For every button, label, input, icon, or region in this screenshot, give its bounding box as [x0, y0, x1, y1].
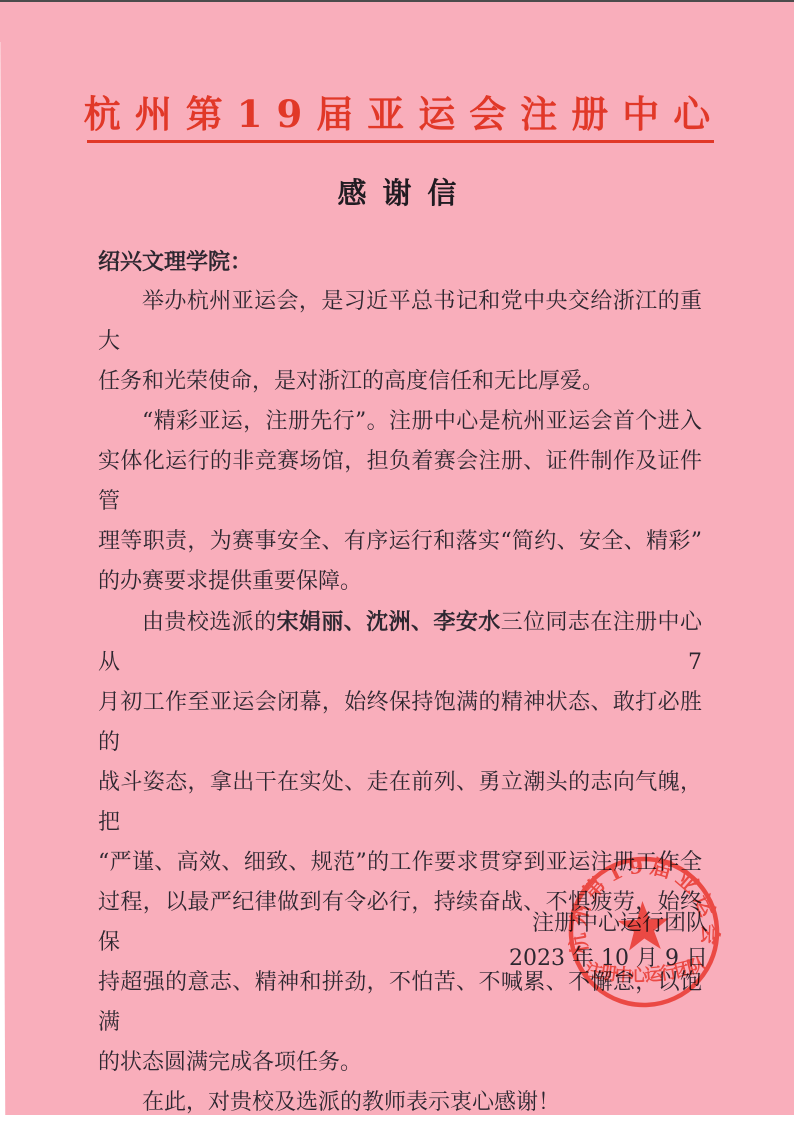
body-line: 的状态圆满完成各项任务。: [98, 1043, 702, 1083]
body-line: 任务和光荣使命，是对浙江的高度信任和无比厚爱。: [98, 362, 702, 402]
salutation-line: 绍兴文理学院：: [98, 242, 702, 282]
letter-title: 感谢信: [0, 171, 794, 212]
body-line: 实体化运行的非竞赛场馆，担负着赛会注册、证件制作及证件管: [98, 442, 702, 522]
body-line: 的办赛要求提供重要保障。: [98, 562, 702, 602]
svg-text:注册中心运行团队: 注册中心运行团队: [582, 953, 711, 990]
body-line: 理等职责，为赛事安全、有序运行和落实“简约、安全、精彩”: [98, 522, 702, 562]
star-icon: [617, 900, 671, 951]
body-line: 举办杭州亚运会，是习近平总书记和党中央交给浙江的重大: [98, 282, 702, 362]
body-line: 由贵校选派的宋娟丽、沈洲、李安水三位同志在注册中心从 7: [98, 602, 702, 683]
body-line: 在此，对贵校及选派的教师表示衷心感谢！: [98, 1083, 702, 1122]
body-line: 月初工作至亚运会闭幕，始终保持饱满的精神状态、敢打必胜的: [98, 683, 702, 763]
official-seal-stamp: 杭州第19届亚运会 注册中心运行团队: [552, 840, 737, 1025]
body-text-segment: 由贵校选派的: [142, 610, 277, 635]
body-line: “精彩亚运，注册先行”。注册中心是杭州亚运会首个进入: [98, 402, 702, 442]
stamp-bottom-text: 注册中心运行团队: [582, 953, 711, 990]
scanned-letter-page: 杭州第19届亚运会注册中心 感谢信 绍兴文理学院： 举办杭州亚运会，是习近平总书…: [0, 0, 794, 1122]
honored-names: 宋娟丽、沈洲、李安水: [277, 609, 501, 635]
scanner-edge-line: [0, 0, 794, 2]
letterhead-title: 杭州第19届亚运会注册中心: [0, 84, 794, 138]
letterhead-divider: [87, 140, 714, 143]
body-line: 战斗姿态，拿出干在实处、走在前列、勇立潮头的志向气魄，把: [98, 763, 702, 843]
